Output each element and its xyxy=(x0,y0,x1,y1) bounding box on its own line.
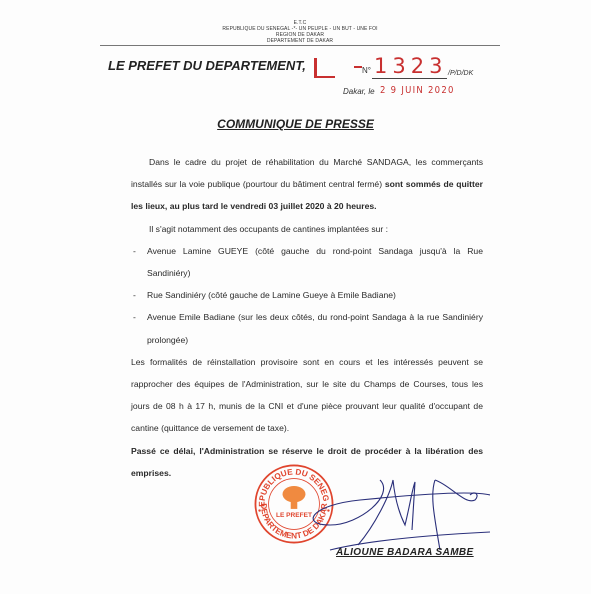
street-list: Avenue Lamine GUEYE (côté gauche du rond… xyxy=(131,240,483,351)
list-item: Avenue Emile Badiane (sur les deux côtés… xyxy=(131,306,483,350)
list-item: Rue Sandiniéry (côté gauche de Lamine Gu… xyxy=(131,284,483,306)
letterhead: E.T.C REPUBLIQUE DU SENEGAL -*- UN PEUPL… xyxy=(200,20,400,44)
registry-stamp-mark xyxy=(314,58,335,78)
ref-number-label: N° xyxy=(362,66,371,75)
document-title: COMMUNIQUE DE PRESSE xyxy=(0,117,591,131)
ref-underline xyxy=(372,78,447,79)
letterhead-department: DEPARTEMENT DE DAKAR xyxy=(200,38,400,44)
ref-number: 1323 xyxy=(374,54,447,78)
signatory-name: ALIOUNE BADARA SAMBE xyxy=(336,547,474,558)
place-label: Dakar, le xyxy=(343,87,375,96)
paragraph-1: Dans le cadre du projet de réhabilitatio… xyxy=(131,151,483,218)
paragraph-2: Il s'agit notamment des occupants de can… xyxy=(131,218,483,240)
letterhead-divider xyxy=(100,45,500,46)
date-stamp: 2 9 JUIN 2020 xyxy=(380,85,455,96)
document-page: E.T.C REPUBLIQUE DU SENEGAL -*- UN PEUPL… xyxy=(0,0,591,594)
document-body: Dans le cadre du projet de réhabilitatio… xyxy=(131,151,483,484)
ref-dash xyxy=(354,66,362,68)
sender-title: LE PREFET DU DEPARTEMENT, xyxy=(108,58,306,73)
list-item: Avenue Lamine GUEYE (côté gauche du rond… xyxy=(131,240,483,284)
ref-suffix: /P/D/DK xyxy=(448,70,473,77)
paragraph-3: Les formalités de réinstallation proviso… xyxy=(131,351,483,440)
handwritten-signature xyxy=(300,470,490,555)
reference-number-block: N° 1323 /P/D/DK xyxy=(310,54,490,104)
